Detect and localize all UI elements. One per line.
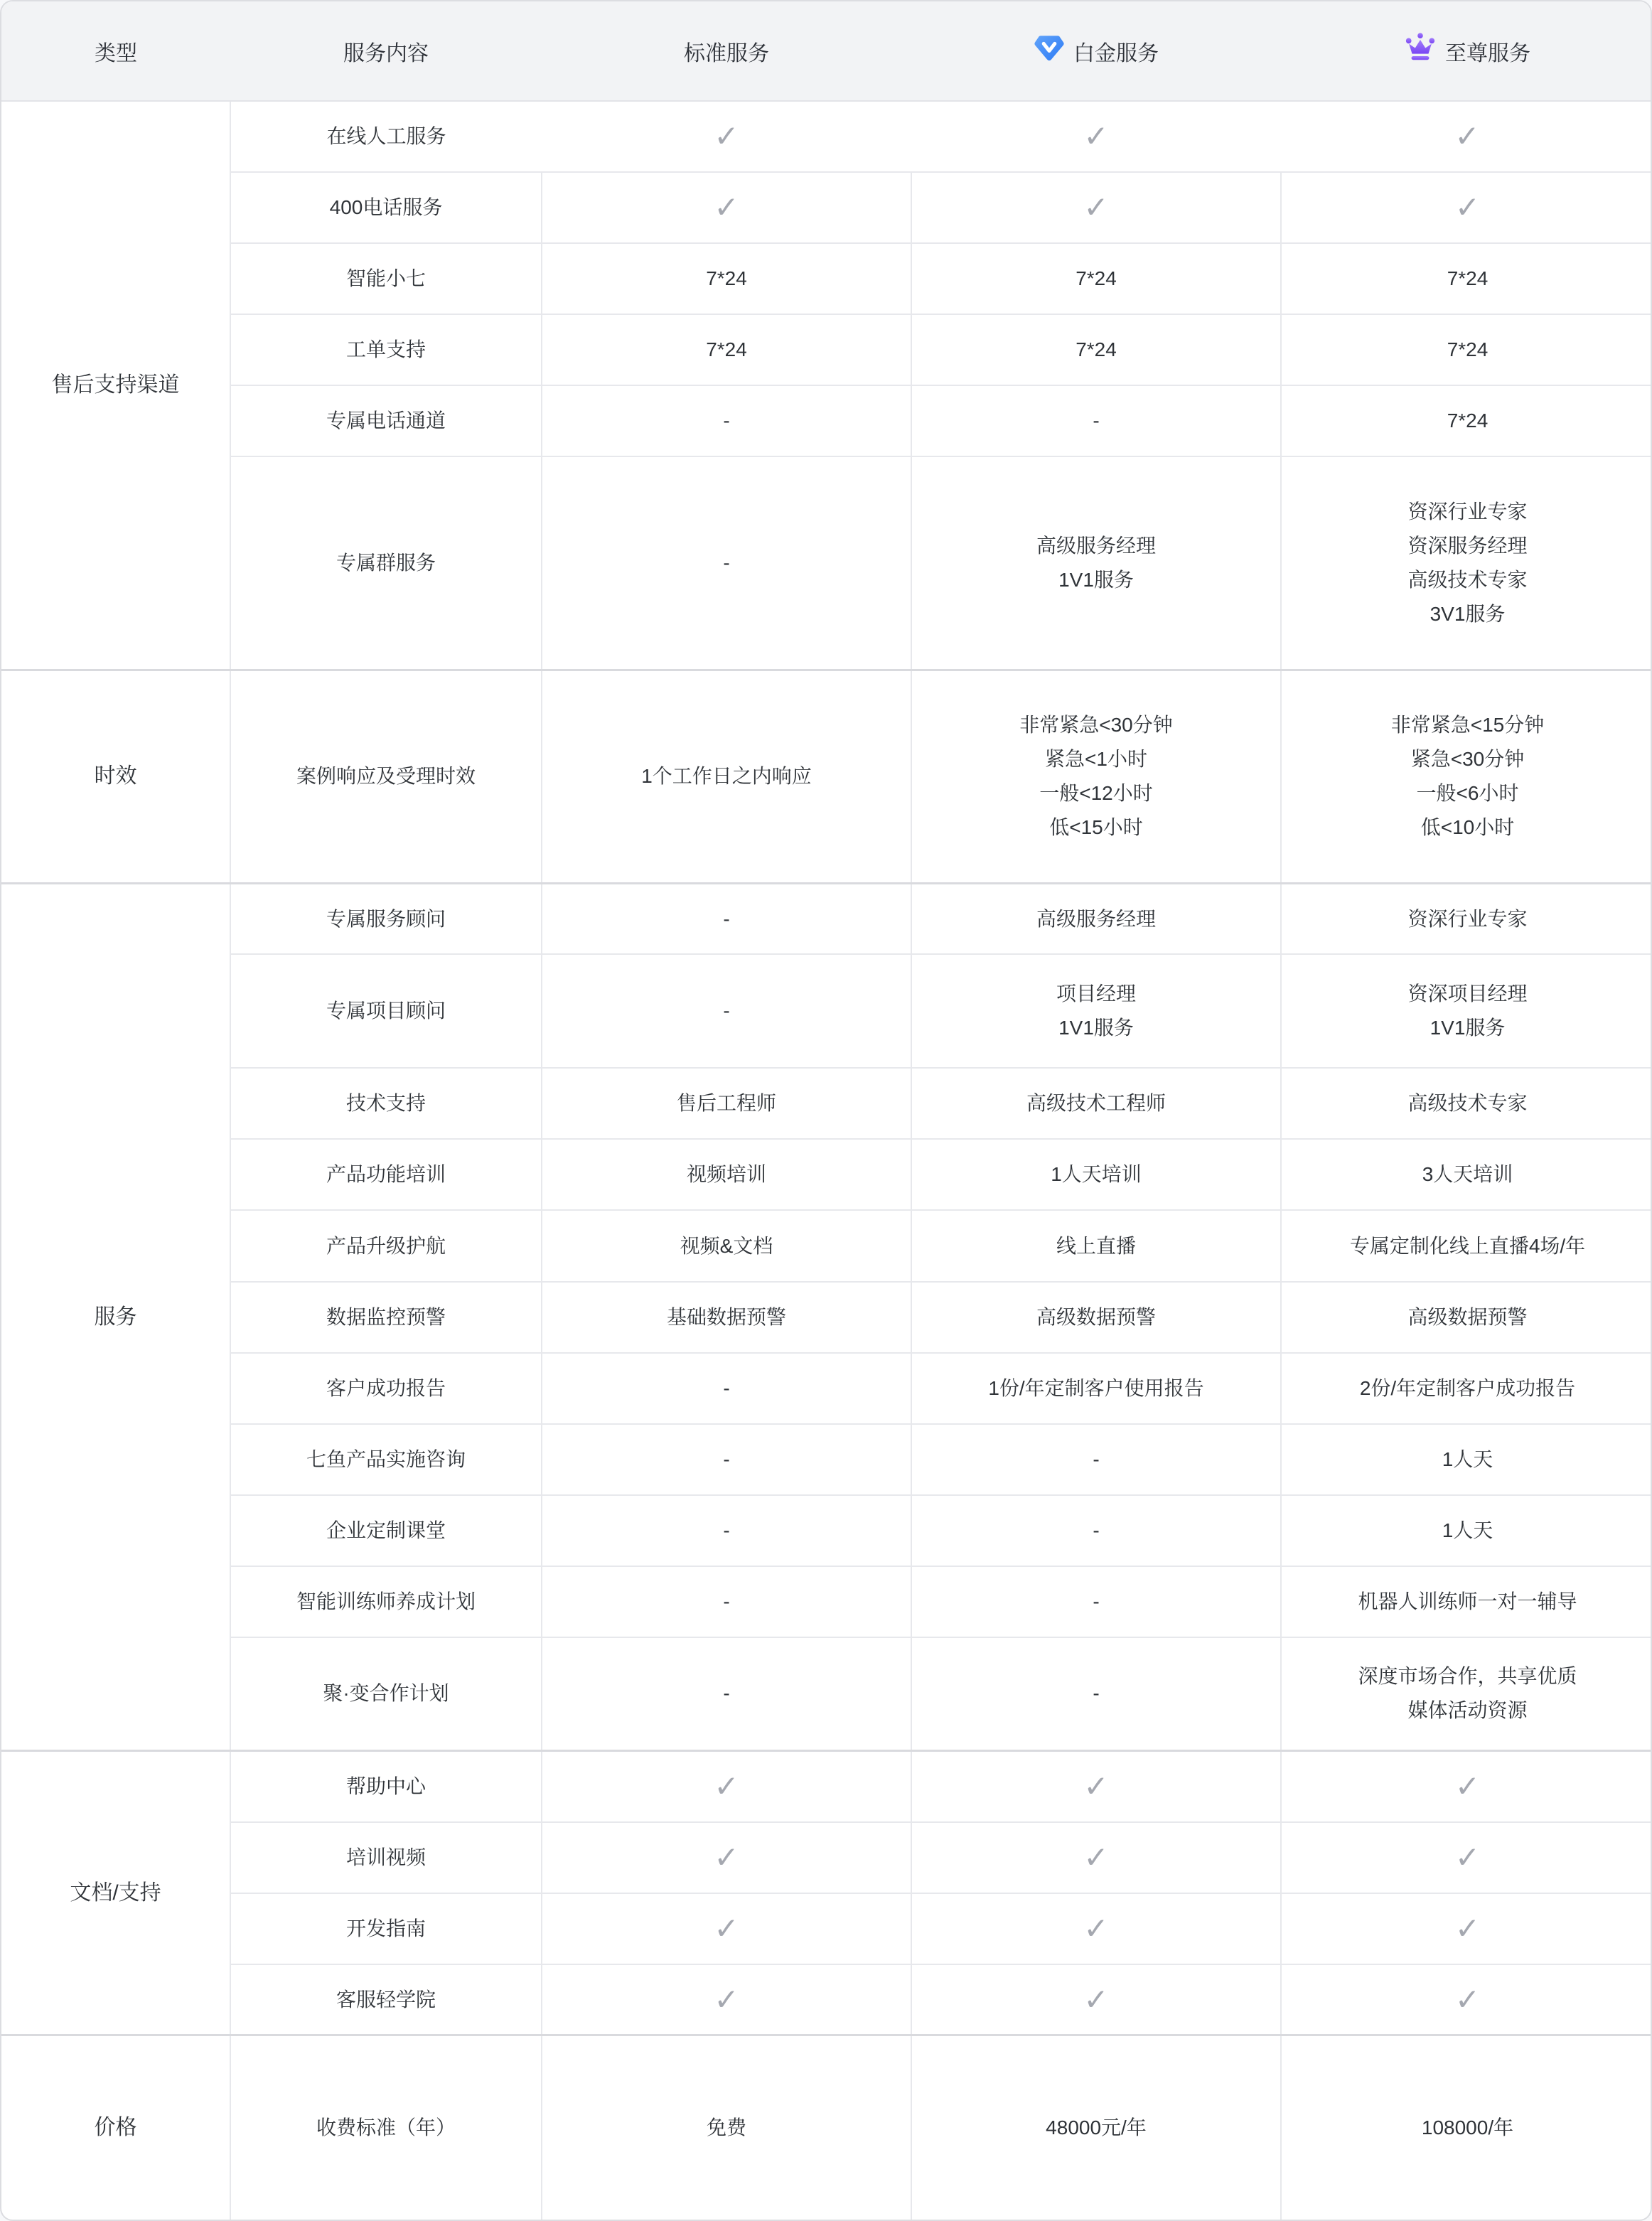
supreme-cell: 高级数据预警 <box>1281 1282 1652 1353</box>
table-row: 聚·变合作计划 - - 深度市场合作，共享优质 媒体活动资源 <box>1 1637 1652 1751</box>
cell-text: 机器人训练师一对一辅导 <box>1293 1585 1642 1619</box>
table-row: 400电话服务 ✓ ✓ ✓ <box>1 172 1652 243</box>
standard-cell: 1个工作日之内响应 <box>542 670 911 883</box>
service-name-cell: 企业定制课堂 <box>230 1495 542 1566</box>
section-type-label: 时效 <box>13 759 218 793</box>
cell-text: 视频培训 <box>554 1157 899 1192</box>
table-row: 智能小七 7*24 7*24 7*24 <box>1 243 1652 314</box>
column-label: 白金服务 <box>1073 42 1159 65</box>
platinum-cell: 项目经理 1V1服务 <box>911 954 1281 1068</box>
check-icon: ✓ <box>923 1914 1269 1944</box>
standard-cell: - <box>542 1637 911 1751</box>
cell-text: 案例响应及受理时效 <box>242 759 530 793</box>
price-supreme: 108000/年 <box>1293 2111 1642 2145</box>
dash-text: - <box>923 1585 1269 1619</box>
platinum-cell: 高级技术工程师 <box>911 1068 1281 1139</box>
cell-text: 售后工程师 <box>554 1086 899 1120</box>
supreme-cell: 2份/年定制客户成功报告 <box>1281 1353 1652 1424</box>
cell-text: 线上直播 <box>923 1229 1269 1263</box>
table-row: 工单支持 7*24 7*24 7*24 <box>1 314 1652 385</box>
dash-text: - <box>554 902 899 936</box>
section-type-cell: 价格 <box>1 2035 230 2220</box>
table-row: 客户成功报告 - 1份/年定制客户使用报告 2份/年定制客户成功报告 <box>1 1353 1652 1424</box>
supreme-cell: 资深行业专家 资深服务经理 高级技术专家 3V1服务 <box>1281 456 1652 670</box>
column-label: 标准服务 <box>684 42 769 65</box>
table-row: 价格 收费标准（年） 免费 48000元/年 108000/年 <box>1 2035 1652 2220</box>
cell-text: 企业定制课堂 <box>242 1514 530 1548</box>
cell-text: 7*24 <box>554 262 899 296</box>
cell-text: 2份/年定制客户成功报告 <box>1293 1371 1642 1406</box>
platinum-cell: 高级数据预警 <box>911 1282 1281 1353</box>
standard-cell: 视频培训 <box>542 1139 911 1210</box>
service-name-cell: 客户成功报告 <box>230 1353 542 1424</box>
price-standard: 免费 <box>554 2111 899 2145</box>
platinum-cell: ✓ <box>911 1964 1281 2035</box>
cell-text: 客服轻学院 <box>242 1983 530 2017</box>
standard-cell: - <box>542 883 911 954</box>
cell-text: 1人天 <box>1293 1443 1642 1477</box>
supreme-cell: 高级技术专家 <box>1281 1068 1652 1139</box>
dash-text: - <box>554 994 899 1028</box>
supreme-cell: 7*24 <box>1281 385 1652 456</box>
standard-cell: - <box>542 456 911 670</box>
check-icon: ✓ <box>923 122 1270 151</box>
supreme-cell: 7*24 <box>1281 314 1652 385</box>
platinum-cell: 1人天培训 <box>911 1139 1281 1210</box>
supreme-cell: 3人天培训 <box>1281 1139 1652 1210</box>
crown-icon <box>1404 31 1437 69</box>
service-name-cell: 工单支持 <box>230 314 542 385</box>
platinum-cell: 线上直播 <box>911 1210 1281 1281</box>
check-icon: ✓ <box>1293 1985 1642 2015</box>
table-row: 专属群服务 - 高级服务经理 1V1服务 资深行业专家 资深服务经理 高级技术专… <box>1 456 1652 670</box>
platinum-cell: 7*24 <box>911 314 1281 385</box>
service-name-cell: 产品功能培训 <box>230 1139 542 1210</box>
cell-text: 非常紧急<30分钟 <box>923 708 1269 742</box>
cell-text: 收费标准（年） <box>242 2111 530 2145</box>
platinum-cell: - <box>911 1637 1281 1751</box>
column-header-supreme: 至尊服务 <box>1281 1 1652 101</box>
table-row: 文档/支持 帮助中心 ✓ ✓ ✓ <box>1 1751 1652 1822</box>
column-header-standard: 标准服务 <box>542 1 911 101</box>
check-icon: ✓ <box>1293 193 1642 223</box>
standard-cell: - <box>542 1495 911 1566</box>
cell-text: 专属定制化线上直播4场/年 <box>1293 1229 1642 1263</box>
platinum-cell: - <box>911 1495 1281 1566</box>
cell-text: 高级数据预警 <box>1293 1300 1642 1334</box>
dash-text: - <box>923 1514 1269 1548</box>
column-header-platinum: 白金服务 <box>911 1 1281 101</box>
supreme-cell: ✓ <box>1281 1751 1652 1822</box>
cell-text: 一般<12小时 <box>923 776 1269 810</box>
supreme-cell: 108000/年 <box>1281 2035 1652 2220</box>
supreme-cell: 深度市场合作，共享优质 媒体活动资源 <box>1281 1637 1652 1751</box>
cell-text: 媒体活动资源 <box>1293 1693 1642 1728</box>
dash-text: - <box>554 546 899 580</box>
standard-cell: - <box>542 1424 911 1495</box>
cell-text: 一般<6小时 <box>1293 776 1642 810</box>
service-name-cell: 智能训练师养成计划 <box>230 1566 542 1637</box>
standard-cell: 7*24 <box>542 314 911 385</box>
section-type-label: 售后支持渠道 <box>13 368 218 402</box>
table-row: 七鱼产品实施咨询 - - 1人天 <box>1 1424 1652 1495</box>
standard-cell: ✓ <box>542 1751 911 1822</box>
cell-text: 1V1服务 <box>923 563 1269 597</box>
section-type-cell: 服务 <box>1 883 230 1750</box>
platinum-cell: 高级服务经理 1V1服务 <box>911 456 1281 670</box>
standard-cell: - <box>542 1566 911 1637</box>
supreme-cell: ✓ <box>1281 1964 1652 2035</box>
supreme-cell: ✓ <box>1281 172 1652 243</box>
check-icon: ✓ <box>1292 122 1642 151</box>
table-row: 智能训练师养成计划 - - 机器人训练师一对一辅导 <box>1 1566 1652 1637</box>
platinum-cell: 非常紧急<30分钟 紧急<1小时 一般<12小时 低<15小时 <box>911 670 1281 883</box>
check-icon: ✓ <box>923 193 1269 223</box>
service-name-cell: 客服轻学院 <box>230 1964 542 2035</box>
section-type-cell: 文档/支持 <box>1 1751 230 2035</box>
platinum-cell: - <box>911 385 1281 456</box>
cell-text: 产品功能培训 <box>242 1157 530 1192</box>
check-icon: ✓ <box>554 1985 899 2015</box>
table-row: 数据监控预警 基础数据预警 高级数据预警 高级数据预警 <box>1 1282 1652 1353</box>
cell-text: 1V1服务 <box>923 1011 1269 1045</box>
table-row: 开发指南 ✓ ✓ ✓ <box>1 1893 1652 1964</box>
dash-text: - <box>923 1443 1269 1477</box>
supreme-cell: 资深项目经理 1V1服务 <box>1281 954 1652 1068</box>
table-row: 培训视频 ✓ ✓ ✓ <box>1 1822 1652 1893</box>
cell-text: 深度市场合作，共享优质 <box>1293 1659 1642 1693</box>
cell-text: 7*24 <box>923 333 1269 367</box>
dash-text: - <box>554 1371 899 1406</box>
platinum-cell: ✓ <box>911 1822 1281 1893</box>
cell-text: 400电话服务 <box>242 191 530 225</box>
pricing-table: 类型 服务内容 标准服务 白金服务 至尊服务 售后支持渠道 在线人工服务 ✓ ✓… <box>0 0 1652 2221</box>
cell-text: 培训视频 <box>242 1841 530 1875</box>
cell-text: 7*24 <box>1293 404 1642 438</box>
cell-text: 高级服务经理 <box>923 902 1269 936</box>
cell-text: 开发指南 <box>242 1912 530 1946</box>
table-row: 专属项目顾问 - 项目经理 1V1服务 资深项目经理 1V1服务 <box>1 954 1652 1068</box>
cell-text: 客户成功报告 <box>242 1371 530 1406</box>
cell-text: 资深项目经理 <box>1293 977 1642 1011</box>
cell-text: 7*24 <box>1293 262 1642 296</box>
platinum-cell: ✓ <box>911 172 1281 243</box>
standard-cell: 基础数据预警 <box>542 1282 911 1353</box>
check-icon: ✓ <box>1293 1914 1642 1944</box>
cell-text: 7*24 <box>1293 333 1642 367</box>
cell-text: 工单支持 <box>242 333 530 367</box>
cell-text: 3V1服务 <box>1293 597 1642 631</box>
standard-cell: 免费 <box>542 2035 911 2220</box>
cell-text: 资深行业专家 <box>1293 495 1642 529</box>
cell-text: 低<15小时 <box>923 810 1269 845</box>
table-row: 专属电话通道 - - 7*24 <box>1 385 1652 456</box>
check-icon: ✓ <box>554 1772 899 1802</box>
column-header-service-content: 服务内容 <box>230 1 542 101</box>
cell-text: 1人天培训 <box>923 1157 1269 1192</box>
check-icon: ✓ <box>923 1985 1269 2015</box>
standard-cell: 售后工程师 <box>542 1068 911 1139</box>
platinum-cell: - <box>911 1424 1281 1495</box>
standard-cell: ✓ <box>542 1893 911 1964</box>
platinum-cell: 1份/年定制客户使用报告 <box>911 1353 1281 1424</box>
cell-text: 智能小七 <box>242 262 530 296</box>
service-name-cell: 产品升级护航 <box>230 1210 542 1281</box>
supreme-cell: 1人天 <box>1281 1424 1652 1495</box>
section-type-label: 价格 <box>13 2111 218 2145</box>
check-icon: ✓ <box>923 1843 1269 1873</box>
column-label: 类型 <box>95 42 137 65</box>
cell-text: 非常紧急<15分钟 <box>1293 708 1642 742</box>
cell-text: 紧急<30分钟 <box>1293 742 1642 776</box>
cell-text: 高级服务经理 <box>923 529 1269 563</box>
dash-text: - <box>554 1585 899 1619</box>
column-label: 至尊服务 <box>1445 42 1530 65</box>
service-name-cell: 收费标准（年） <box>230 2035 542 2220</box>
check-icon: ✓ <box>1293 1772 1642 1802</box>
service-name-cell: 七鱼产品实施咨询 <box>230 1424 542 1495</box>
platinum-cell: ✓ <box>911 1893 1281 1964</box>
cell-text: 高级技术工程师 <box>923 1086 1269 1120</box>
section-type-cell: 售后支持渠道 <box>1 101 230 670</box>
table-row: 企业定制课堂 - - 1人天 <box>1 1495 1652 1566</box>
service-name-cell: 案例响应及受理时效 <box>230 670 542 883</box>
dash-text: - <box>554 1443 899 1477</box>
service-name-cell: 培训视频 <box>230 1822 542 1893</box>
cell-text: 高级技术专家 <box>1293 563 1642 597</box>
table-row: 时效 案例响应及受理时效 1个工作日之内响应 非常紧急<30分钟 紧急<1小时 … <box>1 670 1652 883</box>
cell-text: 专属项目顾问 <box>242 994 530 1028</box>
dash-text: - <box>923 1676 1269 1711</box>
service-name-cell: 400电话服务 <box>230 172 542 243</box>
supreme-cell: 1人天 <box>1281 1495 1652 1566</box>
platinum-cell: ✓ <box>911 101 1281 172</box>
cell-text: 聚·变合作计划 <box>242 1676 530 1711</box>
dash-text: - <box>923 404 1269 438</box>
platinum-cell: 7*24 <box>911 243 1281 314</box>
cell-text: 数据监控预警 <box>242 1300 530 1334</box>
check-icon: ✓ <box>554 193 899 223</box>
standard-cell: ✓ <box>542 172 911 243</box>
cell-text: 高级技术专家 <box>1293 1086 1642 1120</box>
cell-text: 七鱼产品实施咨询 <box>242 1443 530 1477</box>
cell-text: 专属群服务 <box>242 546 530 580</box>
cell-text: 1份/年定制客户使用报告 <box>923 1371 1269 1406</box>
platinum-cell: - <box>911 1566 1281 1637</box>
standard-cell: 视频&文档 <box>542 1210 911 1281</box>
table-row: 产品功能培训 视频培训 1人天培训 3人天培训 <box>1 1139 1652 1210</box>
cell-text: 技术支持 <box>242 1086 530 1120</box>
platinum-cell: 高级服务经理 <box>911 883 1281 954</box>
service-name-cell: 聚·变合作计划 <box>230 1637 542 1751</box>
cell-text: 基础数据预警 <box>554 1300 899 1334</box>
table-row: 售后支持渠道 在线人工服务 ✓ ✓ ✓ <box>1 101 1652 172</box>
check-icon: ✓ <box>553 122 900 151</box>
diamond-icon <box>1034 31 1065 68</box>
cell-text: 项目经理 <box>923 977 1269 1011</box>
cell-text: 视频&文档 <box>554 1229 899 1263</box>
section-type-label: 文档/支持 <box>13 1876 218 1910</box>
cell-text: 专属电话通道 <box>242 404 530 438</box>
service-name-cell: 开发指南 <box>230 1893 542 1964</box>
supreme-cell: ✓ <box>1281 1893 1652 1964</box>
standard-cell: ✓ <box>542 1822 911 1893</box>
column-header-type: 类型 <box>1 1 230 101</box>
cell-text: 低<10小时 <box>1293 810 1642 845</box>
service-name-cell: 技术支持 <box>230 1068 542 1139</box>
supreme-cell: 非常紧急<15分钟 紧急<30分钟 一般<6小时 低<10小时 <box>1281 670 1652 883</box>
supreme-cell: 专属定制化线上直播4场/年 <box>1281 1210 1652 1281</box>
cell-text: 高级数据预警 <box>923 1300 1269 1334</box>
check-icon: ✓ <box>554 1843 899 1873</box>
cell-text: 紧急<1小时 <box>923 742 1269 776</box>
supreme-cell: 机器人训练师一对一辅导 <box>1281 1566 1652 1637</box>
section-type-label: 服务 <box>13 1300 218 1334</box>
service-name-cell: 专属服务顾问 <box>230 883 542 954</box>
supreme-cell: ✓ <box>1281 101 1652 172</box>
supreme-cell: ✓ <box>1281 1822 1652 1893</box>
service-name-cell: 专属群服务 <box>230 456 542 670</box>
cell-text: 帮助中心 <box>242 1770 530 1804</box>
cell-text: 1个工作日之内响应 <box>554 759 899 793</box>
platinum-cell: ✓ <box>911 1751 1281 1822</box>
cell-text: 3人天培训 <box>1293 1157 1642 1192</box>
standard-cell: ✓ <box>542 101 911 172</box>
service-name-cell: 在线人工服务 <box>230 101 542 172</box>
supreme-cell: 资深行业专家 <box>1281 883 1652 954</box>
table-row: 技术支持 售后工程师 高级技术工程师 高级技术专家 <box>1 1068 1652 1139</box>
service-name-cell: 帮助中心 <box>230 1751 542 1822</box>
standard-cell: 7*24 <box>542 243 911 314</box>
cell-text: 资深服务经理 <box>1293 529 1642 563</box>
dash-text: - <box>554 1676 899 1711</box>
table-row: 服务 专属服务顾问 - 高级服务经理 资深行业专家 <box>1 883 1652 954</box>
table-row: 客服轻学院 ✓ ✓ ✓ <box>1 1964 1652 2035</box>
cell-text: 1V1服务 <box>1293 1011 1642 1045</box>
cell-text: 专属服务顾问 <box>242 902 530 936</box>
cell-text: 在线人工服务 <box>242 119 530 154</box>
platinum-cell: 48000元/年 <box>911 2035 1281 2220</box>
dash-text: - <box>554 404 899 438</box>
table-row: 产品升级护航 视频&文档 线上直播 专属定制化线上直播4场/年 <box>1 1210 1652 1281</box>
cell-text: 资深行业专家 <box>1293 902 1642 936</box>
section-type-cell: 时效 <box>1 670 230 883</box>
price-platinum: 48000元/年 <box>923 2111 1269 2145</box>
service-name-cell: 数据监控预警 <box>230 1282 542 1353</box>
cell-text: 7*24 <box>554 333 899 367</box>
cell-text: 1人天 <box>1293 1514 1642 1548</box>
standard-cell: - <box>542 385 911 456</box>
service-comparison-table: 类型 服务内容 标准服务 白金服务 至尊服务 售后支持渠道 在线人工服务 ✓ ✓… <box>1 1 1652 2220</box>
standard-cell: ✓ <box>542 1964 911 2035</box>
header-row: 类型 服务内容 标准服务 白金服务 至尊服务 <box>1 1 1652 101</box>
standard-cell: - <box>542 1353 911 1424</box>
standard-cell: - <box>542 954 911 1068</box>
cell-text: 7*24 <box>923 262 1269 296</box>
cell-text: 智能训练师养成计划 <box>242 1585 530 1619</box>
service-name-cell: 专属电话通道 <box>230 385 542 456</box>
cell-text: 产品升级护航 <box>242 1229 530 1263</box>
service-name-cell: 智能小七 <box>230 243 542 314</box>
column-label: 服务内容 <box>343 42 429 65</box>
check-icon: ✓ <box>554 1914 899 1944</box>
check-icon: ✓ <box>1293 1843 1642 1873</box>
dash-text: - <box>554 1514 899 1548</box>
supreme-cell: 7*24 <box>1281 243 1652 314</box>
service-name-cell: 专属项目顾问 <box>230 954 542 1068</box>
check-icon: ✓ <box>923 1772 1269 1802</box>
